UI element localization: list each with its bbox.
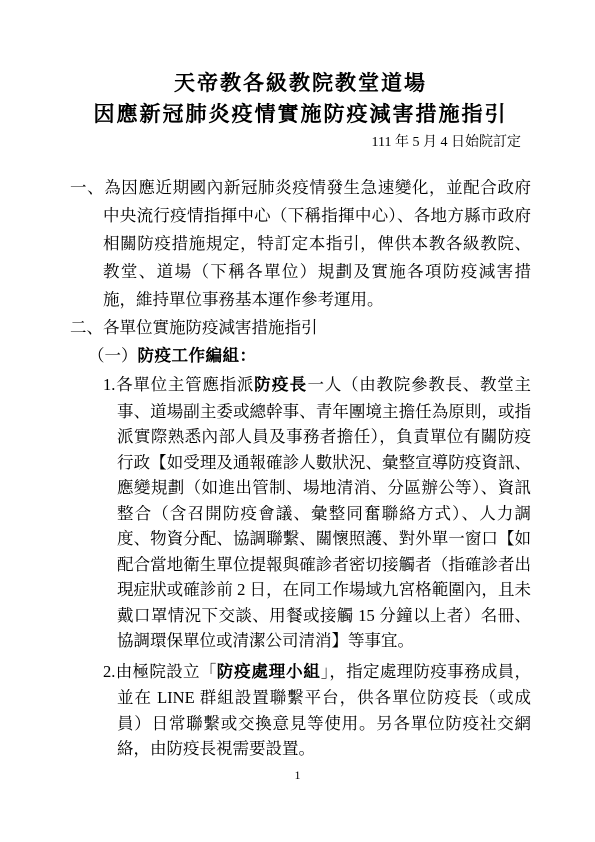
doc-title-line-1: 天帝教各級教院教堂道場 <box>70 68 531 99</box>
text-run: （一） <box>88 346 138 365</box>
text-run: 一、為因應近期國內新冠肺炎疫情發生急速變化，並配合政府中央流行疫情指揮中心（下稱… <box>70 178 531 309</box>
list-item-2: 2.由極院設立「防疫處理小組」，指定處理防疫事務成員，並在 LINE 群組設置聯… <box>103 659 531 762</box>
document-page: 天帝教各級教院教堂道場 因應新冠肺炎疫情實施防疫減害措施指引 111 年 5 月… <box>0 0 595 842</box>
subsection-2-1-heading: （一）防疫工作編組： <box>88 342 531 370</box>
text-run: 二、各單位實施防疫減害措施指引 <box>70 318 318 337</box>
document-body: 一、為因應近期國內新冠肺炎疫情發生急速變化，並配合政府中央流行疫情指揮中心（下稱… <box>70 174 531 762</box>
doc-title-line-2: 因應新冠肺炎疫情實施防疫減害措施指引 <box>70 99 531 130</box>
text-run: 一人（由教院參教長、教堂主事、道場副主委或總幹事、青年團境主擔任為原則，或指派實… <box>117 375 531 650</box>
bold-term: 防疫長 <box>254 376 307 394</box>
date-note: 111 年 5 月 4 日始院訂定 <box>70 133 531 153</box>
text-run: 1.各單位主管應指派 <box>103 375 254 394</box>
text-run: 2.由極院設立「 <box>103 662 217 681</box>
section-2-heading: 二、各單位實施防疫減害措施指引 <box>70 314 531 342</box>
list-item-1: 1.各單位主管應指派防疫長一人（由教院參教長、教堂主事、道場副主委或總幹事、青年… <box>103 372 531 654</box>
bold-term: 防疫處理小組 <box>217 663 321 681</box>
section-1-paragraph: 一、為因應近期國內新冠肺炎疫情發生急速變化，並配合政府中央流行疫情指揮中心（下稱… <box>70 174 531 314</box>
bold-term: 防疫工作編組： <box>138 347 257 365</box>
page-number: 1 <box>0 768 595 782</box>
